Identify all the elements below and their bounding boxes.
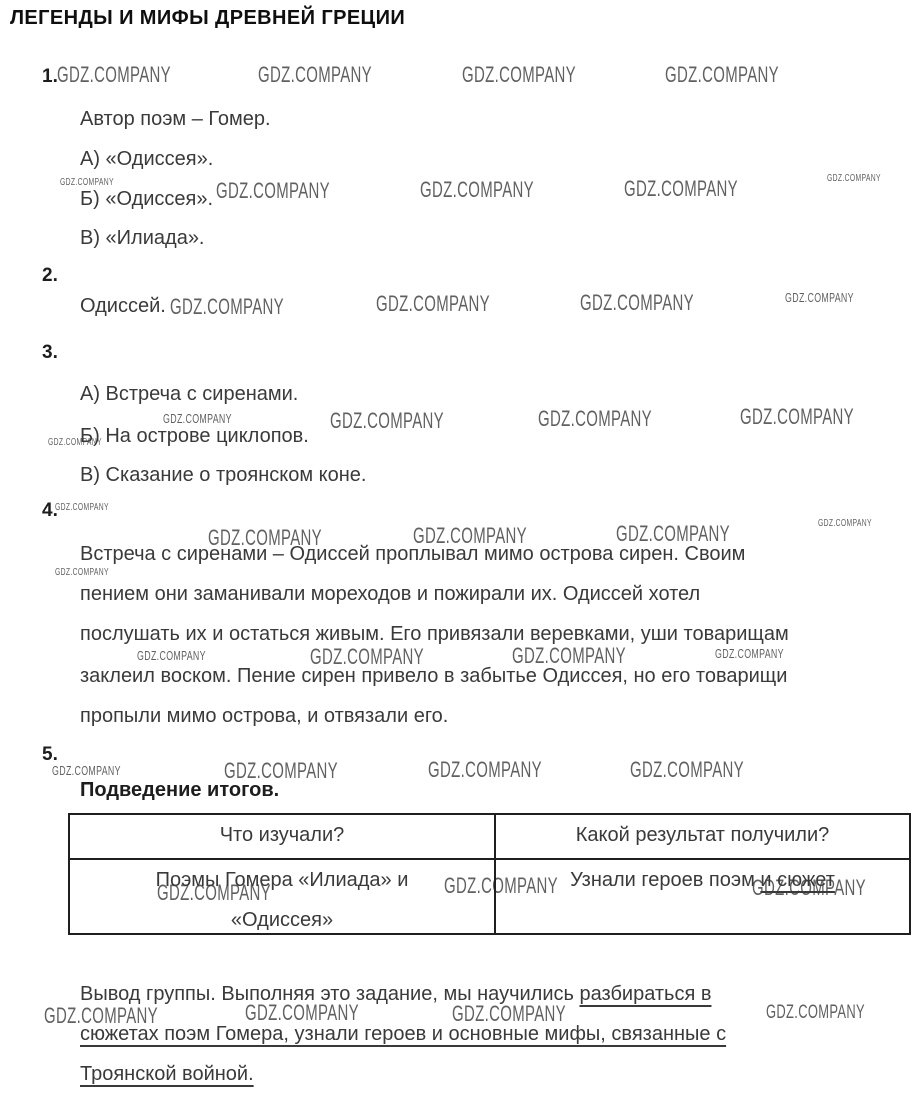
gdz-watermark: GDZ.COMPANY	[462, 62, 576, 88]
gdz-watermark: GDZ.COMPANY	[624, 176, 738, 202]
item-1-option-b: Б) «Одиссея».	[80, 187, 213, 211]
conclusion-line: Троянской войной.	[80, 1062, 254, 1086]
gdz-watermark: GDZ.COMPANY	[715, 646, 784, 661]
item-4-paragraph-line: Встреча с сиренами – Одиссей проплывал м…	[80, 542, 745, 566]
gdz-watermark: GDZ.COMPANY	[258, 62, 372, 88]
item-1-answer: Автор поэм – Гомер.	[80, 107, 271, 131]
conclusion-line: сюжетах поэм Гомера, узнали героев и осн…	[80, 1022, 726, 1046]
table-cell-result-underlined-text: и сюжет	[760, 869, 835, 891]
summary-table: Что изучали? Какой результат получили? П…	[68, 813, 911, 935]
table-header-left: Что изучали?	[70, 815, 494, 858]
item-4-number: 4.	[42, 500, 58, 522]
gdz-watermark: GDZ.COMPANY	[216, 178, 330, 204]
item-1-option-v: В) «Илиада».	[80, 226, 205, 250]
gdz-watermark: GDZ.COMPANY	[55, 502, 109, 513]
gdz-watermark: GDZ.COMPANY	[428, 757, 542, 783]
table-cell-studied-line: «Одиссея»	[70, 900, 494, 940]
gdz-watermark: GDZ.COMPANY	[630, 757, 744, 783]
item-3-option-a: А) Встреча с сиренами.	[80, 382, 298, 406]
item-4-paragraph-line: послушать их и остаться живым. Его привя…	[80, 622, 789, 646]
gdz-watermark: GDZ.COMPANY	[376, 291, 490, 317]
gdz-watermark: GDZ.COMPANY	[52, 763, 121, 778]
table-cell-result: Узнали героев поэм и сюжет	[496, 860, 909, 900]
item-5-subtitle: Подведение итогов.	[80, 779, 279, 802]
item-1-option-a: А) «Одиссея».	[80, 147, 213, 171]
item-1-number: 1.	[42, 66, 58, 88]
conclusion-line: Вывод группы. Выполняя это задание, мы н…	[80, 982, 711, 1006]
item-4-paragraph-line: заклеил воском. Пение сирен привело в за…	[80, 664, 787, 688]
gdz-watermark: GDZ.COMPANY	[170, 294, 284, 320]
item-3-option-b: Б) На острове циклопов.	[80, 424, 309, 448]
gdz-watermark: GDZ.COMPANY	[766, 1002, 865, 1024]
page-title: ЛЕГЕНДЫ И МИФЫ ДРЕВНЕЙ ГРЕЦИИ	[10, 7, 405, 30]
conclusion-text: Вывод группы. Выполняя это задание, мы н…	[80, 983, 579, 1005]
gdz-watermark: GDZ.COMPANY	[55, 567, 109, 578]
item-5-number: 5.	[42, 744, 58, 766]
conclusion-underlined-text: Троянской войной.	[80, 1063, 254, 1085]
gdz-watermark: GDZ.COMPANY	[330, 408, 444, 434]
gdz-watermark: GDZ.COMPANY	[665, 62, 779, 88]
gdz-watermark: GDZ.COMPANY	[137, 648, 206, 663]
gdz-watermark: GDZ.COMPANY	[420, 177, 534, 203]
conclusion-underlined-text: разбираться в	[579, 983, 711, 1005]
item-4-paragraph-line: пропыли мимо острова, и отвязали его.	[80, 704, 448, 728]
gdz-watermark: GDZ.COMPANY	[740, 404, 854, 430]
table-cell-studied: Поэмы Гомера «Илиада» и «Одиссея»	[70, 860, 494, 940]
table-header-right: Какой результат получили?	[496, 815, 909, 858]
item-2-answer: Одиссей.	[80, 294, 166, 318]
gdz-watermark: GDZ.COMPANY	[785, 290, 854, 305]
gdz-watermark: GDZ.COMPANY	[538, 406, 652, 432]
item-4-paragraph-line: пением они заманивали мореходов и пожира…	[80, 582, 700, 606]
item-2-number: 2.	[42, 265, 58, 287]
gdz-watermark: GDZ.COMPANY	[827, 173, 881, 184]
table-cell-result-text: Узнали героев поэм	[570, 869, 760, 891]
table-cell-studied-line: Поэмы Гомера «Илиада» и	[70, 860, 494, 900]
document-page: GDZ.COMPANYGDZ.COMPANYGDZ.COMPANYGDZ.COM…	[0, 0, 923, 1094]
gdz-watermark: GDZ.COMPANY	[57, 62, 171, 88]
gdz-watermark: GDZ.COMPANY	[818, 518, 872, 529]
gdz-watermark: GDZ.COMPANY	[580, 290, 694, 316]
item-3-number: 3.	[42, 342, 58, 364]
conclusion-underlined-text: сюжетах поэм Гомера, узнали героев и осн…	[80, 1023, 726, 1045]
item-3-option-v: В) Сказание о троянском коне.	[80, 463, 366, 487]
